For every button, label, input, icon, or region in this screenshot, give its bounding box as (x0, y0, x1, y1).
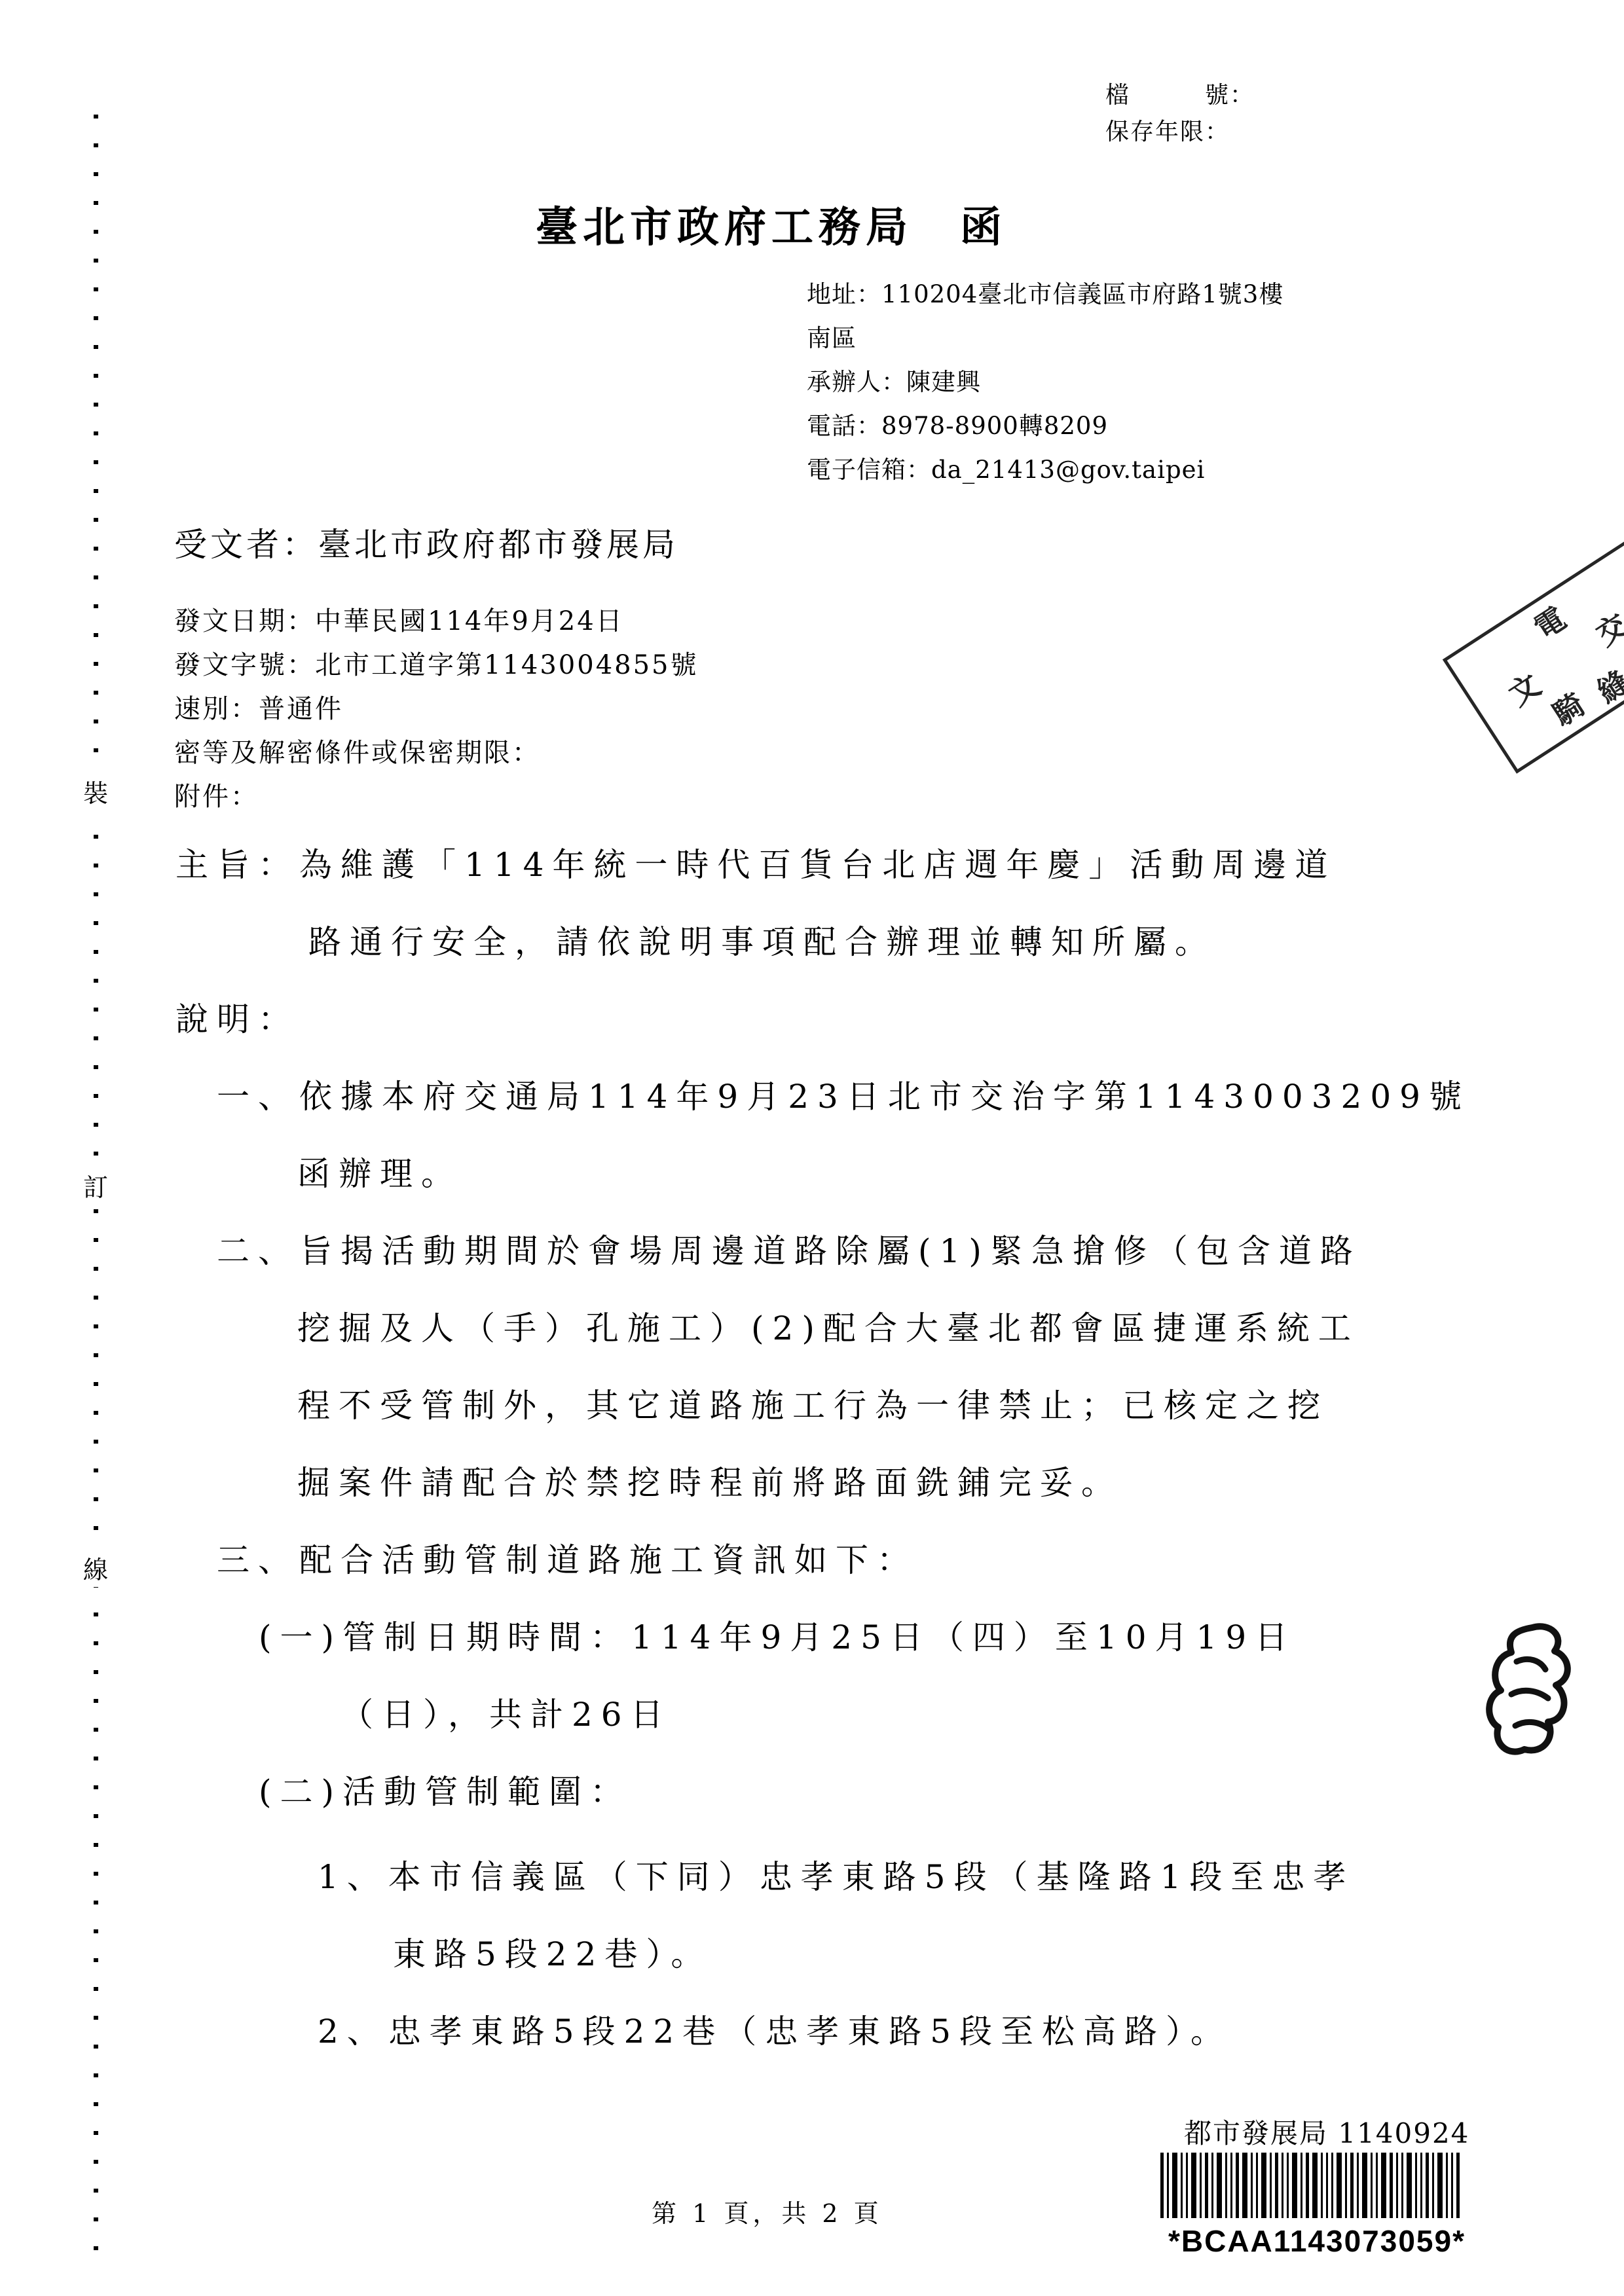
body-line: 1、本市信義區（下同）忠孝東路5段（基隆路1段至忠孝 (318, 1838, 1624, 1916)
sender-line: 電子信箱：da_21413@gov.taipei (807, 448, 1283, 492)
barcode-bar (1381, 2153, 1386, 2218)
barcode-gap (1460, 2153, 1463, 2218)
binding-char: 訂 (79, 1171, 113, 1205)
meta-line: 發文字號：北市工道字第1143004855號 (174, 644, 699, 687)
electronic-exchange-seam-stamp: 電文交騎縫 (1443, 538, 1624, 774)
official-letter-page: 檔 號： 保存年限： 臺北市政府工務局 函 地址：110204臺北市信義區市府路… (0, 0, 1624, 2296)
seam-stamp-char: 交 (1587, 602, 1624, 654)
meta-line: 附件： (174, 775, 699, 819)
barcode-bar (1217, 2153, 1222, 2218)
meta-line: 發文日期：中華民國114年9月24日 (174, 600, 699, 644)
body-line: 東路5段22巷）。 (393, 1916, 1624, 1993)
partial-seal-stamp (1485, 1622, 1583, 1776)
body-line: 路通行安全，請依說明事項配合辦理並轉知所屬。 (308, 903, 1624, 981)
body-line: 2、忠孝東路5段22巷（忠孝東路5段至松高路）。 (318, 1993, 1624, 2070)
barcode-bar (1172, 2153, 1177, 2218)
seam-stamp-char: 騎 (1543, 682, 1593, 734)
binding-char: 裝 (79, 776, 113, 811)
seam-stamp-char: 縫 (1588, 659, 1624, 711)
body-line: 主旨：為維護「114年統一時代百貨台北店週年慶」活動周邊道 (175, 826, 1624, 903)
seam-stamp-char: 電 (1524, 595, 1574, 647)
barcode-bar (1362, 2153, 1367, 2218)
file-number-label: 檔 號： (1105, 77, 1255, 114)
meta-line: 速別：普通件 (174, 687, 699, 731)
sender-line: 電話：8978-8900轉8209 (807, 404, 1283, 448)
sender-line: 地址：110204臺北市信義區市府路1號3樓 (807, 272, 1283, 316)
sender-line: 南區 (807, 316, 1283, 360)
body-line: (二)活動管制範圍： (259, 1753, 1624, 1831)
barcode-bar (1242, 2153, 1247, 2218)
body-line: 三、配合活動管制道路施工資訊如下： (217, 1522, 1624, 1599)
barcode-bar (1437, 2153, 1443, 2218)
page-number: 第 1 頁，共 2 頁 (652, 2193, 883, 2229)
body-line: 程不受管制外，其它道路施工行為一律禁止；已核定之挖 (297, 1367, 1624, 1444)
barcode-text: *BCAA1143073059* (1160, 2223, 1473, 2259)
barcode-bar (1191, 2153, 1196, 2218)
retention-period-label: 保存年限： (1105, 114, 1255, 151)
barcode-bar (1312, 2153, 1318, 2218)
recipient-line: 受文者：臺北市政府都市發展局 (174, 519, 678, 566)
body-line: 函辦理。 (297, 1135, 1624, 1212)
file-number-block: 檔 號： 保存年限： (1105, 77, 1255, 151)
barcode (1160, 2153, 1473, 2218)
barcode-bar (1292, 2153, 1297, 2218)
barcode-bar (1407, 2153, 1412, 2218)
body-line: （日），共計26日 (341, 1676, 1624, 1753)
document-meta-block: 發文日期：中華民國114年9月24日發文字號：北市工道字第1143004855號… (174, 600, 699, 819)
meta-line: 密等及解密條件或保密期限： (174, 731, 699, 775)
body-line: 二、旨揭活動期間於會場周邊道路除屬(1)緊急搶修（包含道路 (217, 1212, 1624, 1290)
barcode-bar (1261, 2153, 1266, 2218)
sender-contact-block: 地址：110204臺北市信義區市府路1號3樓南區承辦人：陳建興電話：8978-8… (807, 272, 1283, 492)
body-line: (一)管制日期時間：114年9月25日（四）至10月19日 (259, 1599, 1624, 1676)
seam-stamp-char: 文 (1499, 662, 1548, 714)
receiving-agency-stamp: 都市發展局 1140924 (1184, 2112, 1469, 2151)
letter-body: 主旨：為維護「114年統一時代百貨台北店週年慶」活動周邊道路通行安全，請依說明事… (0, 826, 1624, 2070)
partial-seal-graphic (1485, 1622, 1583, 1773)
body-line: 挖掘及人（手）孔施工）(2)配合大臺北都會區捷運系統工 (297, 1290, 1624, 1367)
body-line: 說明： (175, 981, 1624, 1058)
document-title: 臺北市政府工務局 函 (536, 194, 1007, 254)
body-line: 掘案件請配合於禁挖時程前將路面銑鋪完妥。 (297, 1444, 1624, 1522)
binding-char: 線 (79, 1553, 113, 1587)
body-line: 一、依據本府交通局114年9月23日北市交治字第1143003209號 (217, 1058, 1624, 1135)
barcode-bar (1337, 2153, 1342, 2218)
sender-line: 承辦人：陳建興 (807, 360, 1283, 404)
